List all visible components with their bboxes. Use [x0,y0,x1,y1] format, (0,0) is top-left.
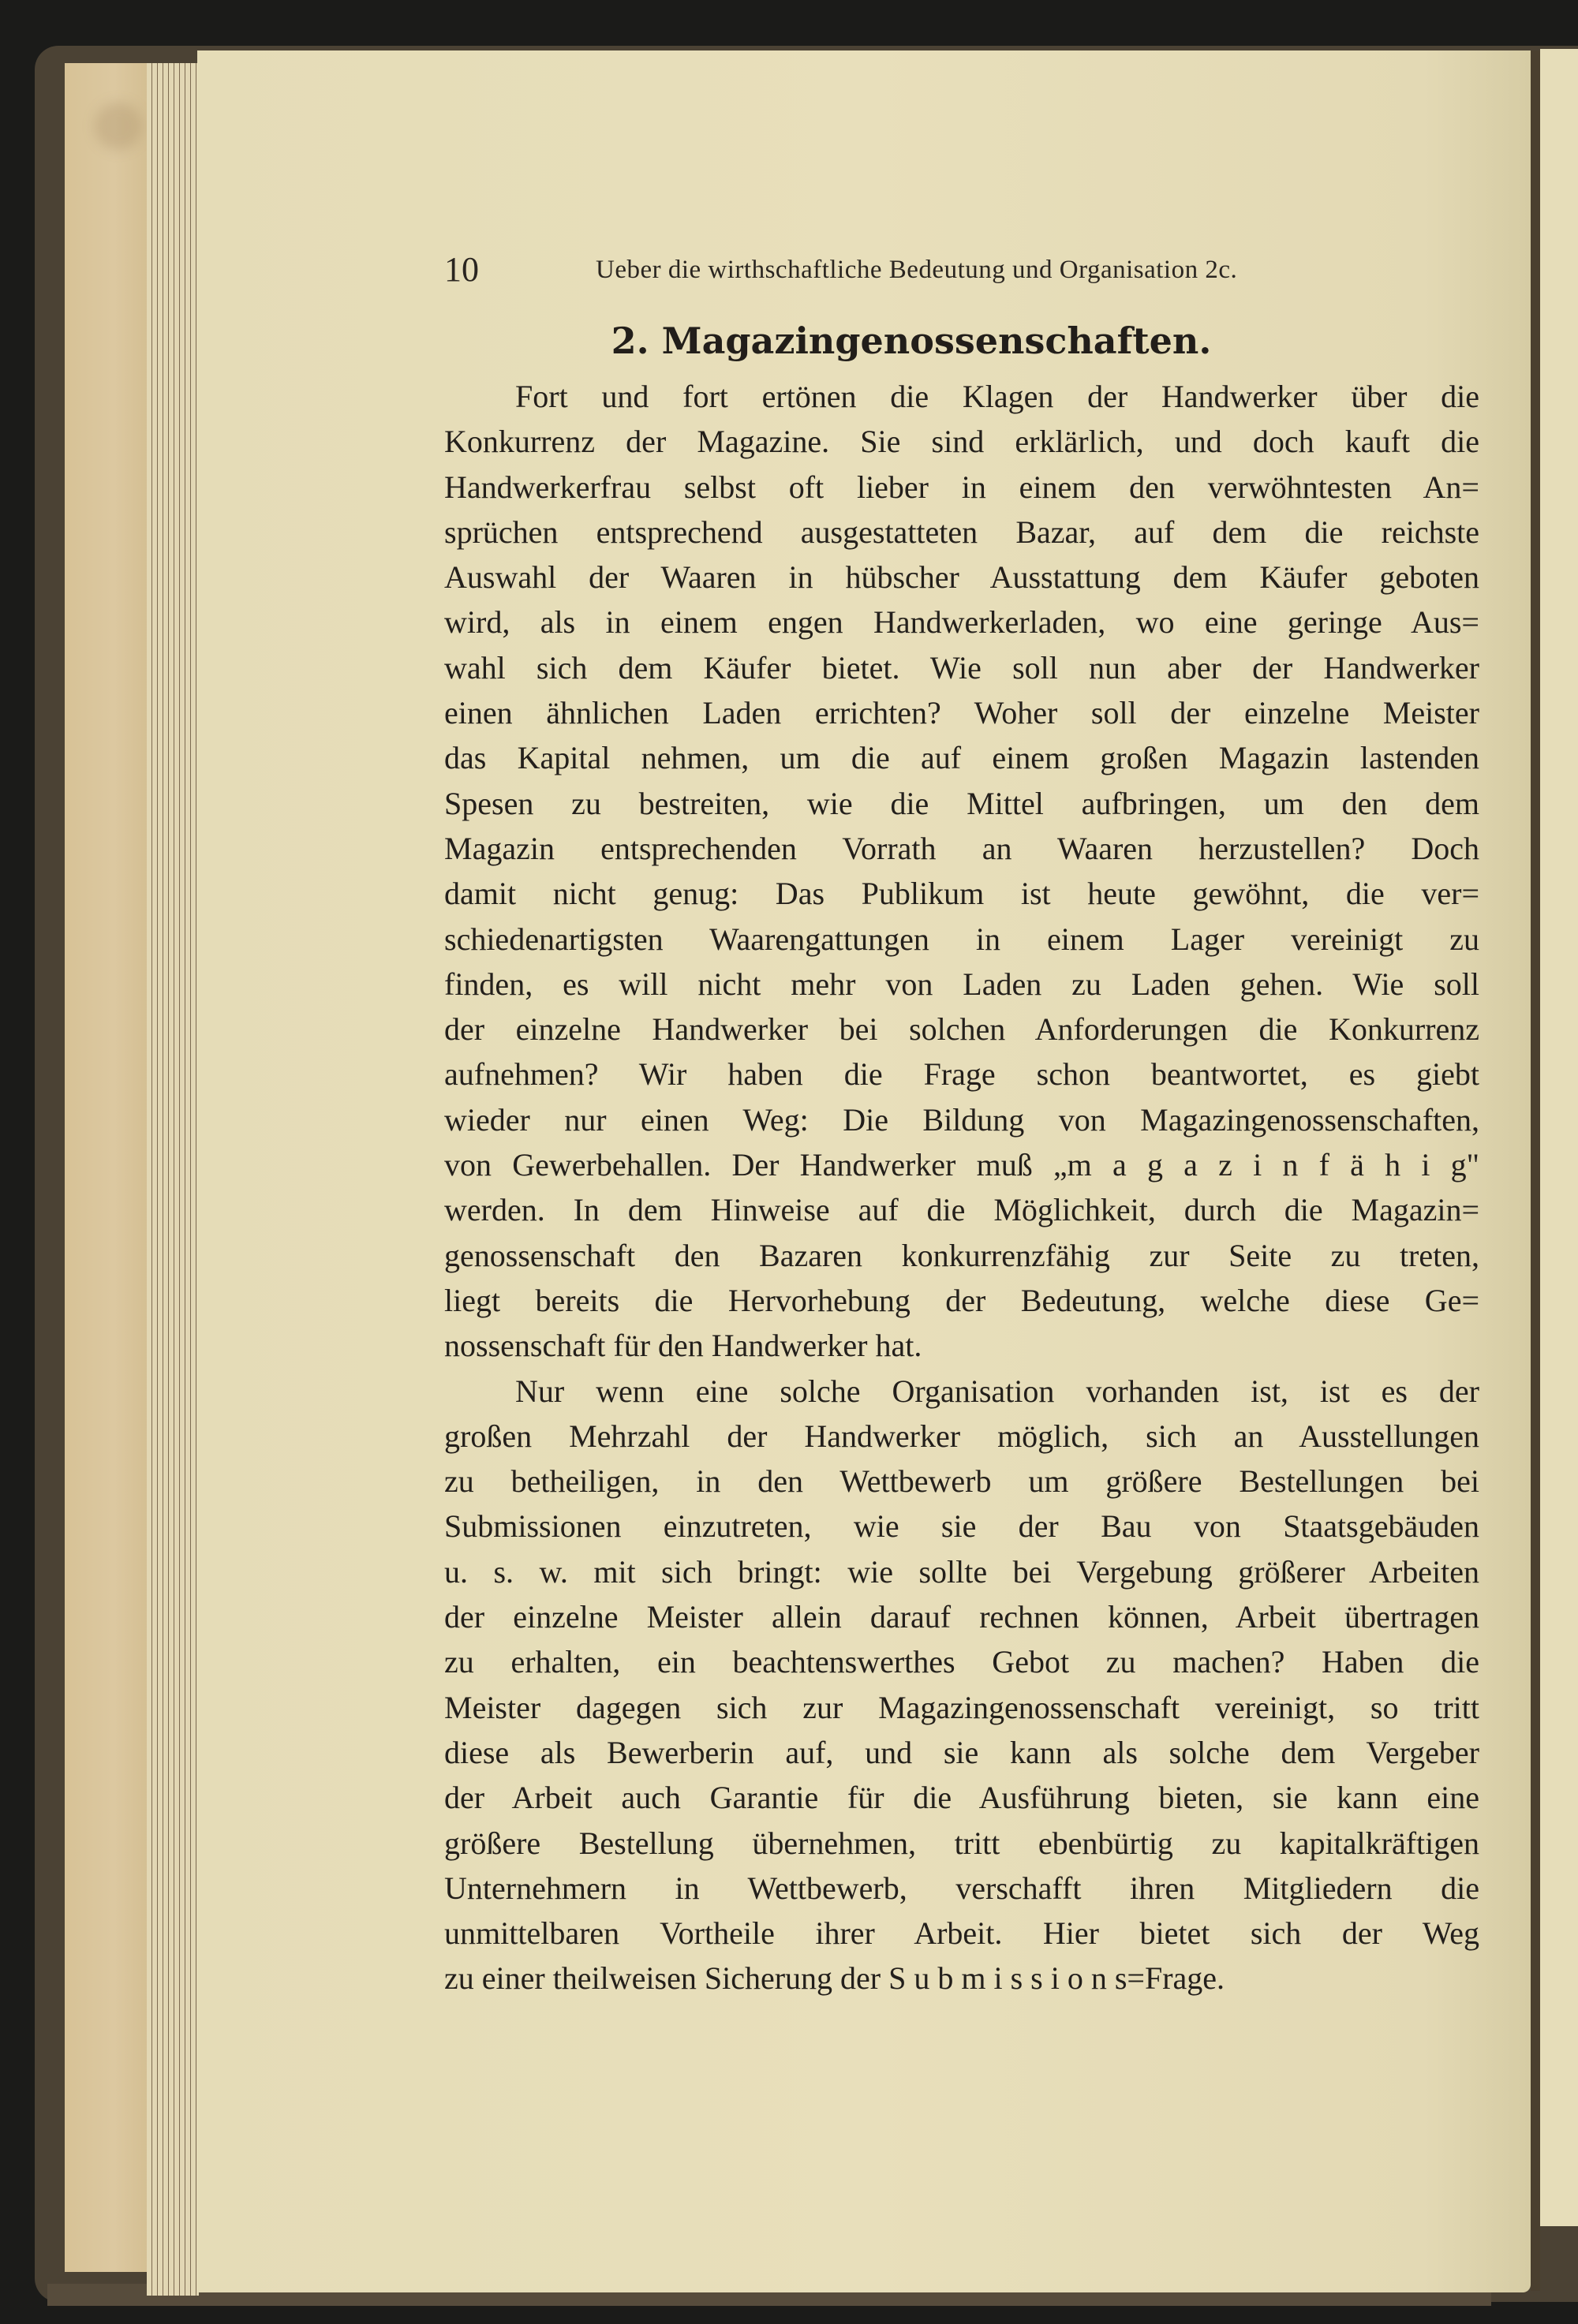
text-line: unmittelbaren Vortheile ihrer Arbeit. Hi… [444,1911,1479,1956]
text-line: Submissionen einzutreten, wie sie der Ba… [444,1504,1479,1549]
text-line: sprüchen entsprechend ausgestatteten Baz… [444,510,1479,555]
text-line: aufnehmen? Wir haben die Frage schon bea… [444,1052,1479,1097]
text-line: genossenschaft den Bazaren konkurrenzfäh… [444,1233,1479,1278]
text-line: damit nicht genug: Das Publikum ist heut… [444,871,1479,916]
section-heading: 2. Magazingenossenschaften. [0,319,1578,362]
page-number: 10 [444,249,479,290]
body-text: Fort und fort ertönen die Klagen der Han… [444,374,1479,2001]
page-header: 10 Ueber die wirthschaftliche Bedeutung … [0,246,1578,293]
paragraph-1: Fort und fort ertönen die Klagen der Han… [444,374,1479,1369]
text-line: von Gewerbehallen. Der Handwerker muß „m… [444,1142,1479,1187]
text-line: wieder nur einen Weg: Die Bildung von Ma… [444,1097,1479,1142]
text-line: das Kapital nehmen, um die auf einem gro… [444,735,1479,780]
text-line: zu einer theilweisen Sicherung der S u b… [444,1956,1479,2001]
text-line: wahl sich dem Käufer bietet. Wie soll nu… [444,645,1479,690]
text-line: diese als Bewerberin auf, und sie kann a… [444,1730,1479,1775]
text-line: Auswahl der Waaren in hübscher Ausstattu… [444,555,1479,600]
text-line: einen ähnlichen Laden errichten? Woher s… [444,690,1479,735]
text-line: Unternehmern in Wettbewerb, verschafft i… [444,1866,1479,1911]
text-line: Nur wenn eine solche Organisation vorhan… [444,1369,1479,1414]
flyleaf-stain [95,103,142,150]
gutter-shadow [1531,50,1540,2291]
left-flyleaf [65,63,147,2272]
text-line: Handwerkerfrau selbst oft lieber in eine… [444,465,1479,510]
text-line: nossenschaft für den Handwerker hat. [444,1323,1479,1368]
running-title: Ueber die wirthschaftliche Bedeutung und… [596,256,1237,285]
text-line: Spesen zu bestreiten, wie die Mittel auf… [444,781,1479,826]
stacked-page-edges [147,63,199,2296]
text-line: finden, es will nicht mehr von Laden zu … [444,962,1479,1007]
text-line: zu erhalten, ein beachtenswerthes Gebot … [444,1639,1479,1684]
paragraph-2: Nur wenn eine solche Organisation vorhan… [444,1369,1479,2001]
text-line: Konkurrenz der Magazine. Sie sind erklär… [444,419,1479,464]
text-line: schiedenartigsten Waarengattungen in ein… [444,917,1479,962]
text-line: Fort und fort ertönen die Klagen der Han… [444,374,1479,419]
text-line: der einzelne Meister allein darauf rechn… [444,1594,1479,1639]
text-line: Meister dagegen sich zur Magazingenossen… [444,1685,1479,1730]
text-line: liegt bereits die Hervorhebung der Bedeu… [444,1278,1479,1323]
text-line: zu betheiligen, in den Wettbewerb um grö… [444,1459,1479,1504]
next-page-sliver [1540,49,1578,2226]
text-line: der einzelne Handwerker bei solchen Anfo… [444,1007,1479,1052]
text-line: großen Mehrzahl der Handwerker möglich, … [444,1414,1479,1459]
text-line: der Arbeit auch Garantie für die Ausführ… [444,1775,1479,1820]
text-line: größere Bestellung übernehmen, tritt ebe… [444,1821,1479,1866]
text-line: u. s. w. mit sich bringt: wie sollte bei… [444,1549,1479,1594]
text-line: werden. In dem Hinweise auf die Möglichk… [444,1187,1479,1232]
text-line: wird, als in einem engen Handwerkerladen… [444,600,1479,645]
text-line: Magazin entsprechenden Vorrath an Waaren… [444,826,1479,871]
